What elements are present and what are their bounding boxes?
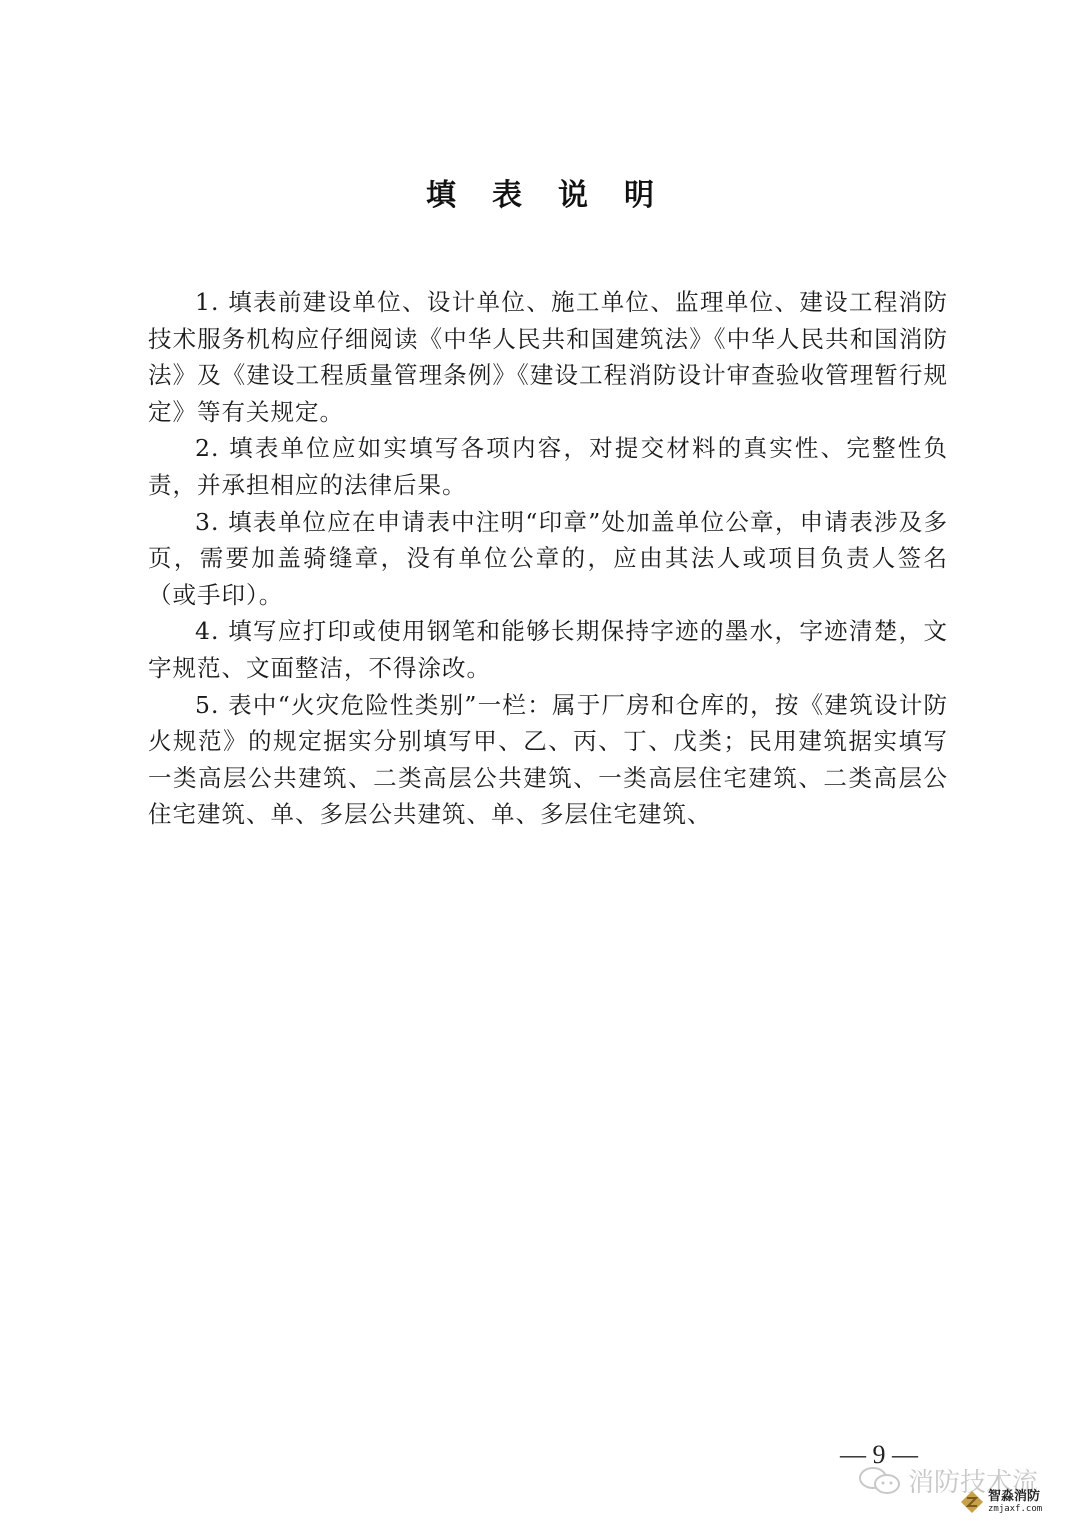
wechat-icon [858,1466,902,1496]
instruction-paragraph-2: 2. 填表单位应如实填写各项内容，对提交材料的真实性、完整性负责，并承担相应的法… [148,430,948,503]
page-title: 填表说明 [0,170,1080,214]
brand-mark: 智淼消防 zmjaxf.com [960,1490,1042,1514]
brand-url: zmjaxf.com [988,1505,1042,1514]
instruction-paragraph-4: 4. 填写应打印或使用钢笔和能够长期保持字迹的墨水，字迹清楚，文字规范、文面整洁… [148,613,948,686]
instruction-paragraph-3: 3. 填表单位应在申请表中注明“印章”处加盖单位公章，申请表涉及多页，需要加盖骑… [148,504,948,614]
instruction-paragraph-1: 1. 填表前建设单位、设计单位、施工单位、监理单位、建设工程消防技术服务机构应仔… [148,284,948,430]
brand-name: 智淼消防 [988,1490,1042,1503]
instruction-paragraph-5: 5. 表中“火灾危险性类别”一栏：属于厂房和仓库的，按《建筑设计防火规范》的规定… [148,687,948,833]
instructions-body: 1. 填表前建设单位、设计单位、施工单位、监理单位、建设工程消防技术服务机构应仔… [148,284,948,833]
zmjaxf-logo-icon [960,1490,984,1514]
